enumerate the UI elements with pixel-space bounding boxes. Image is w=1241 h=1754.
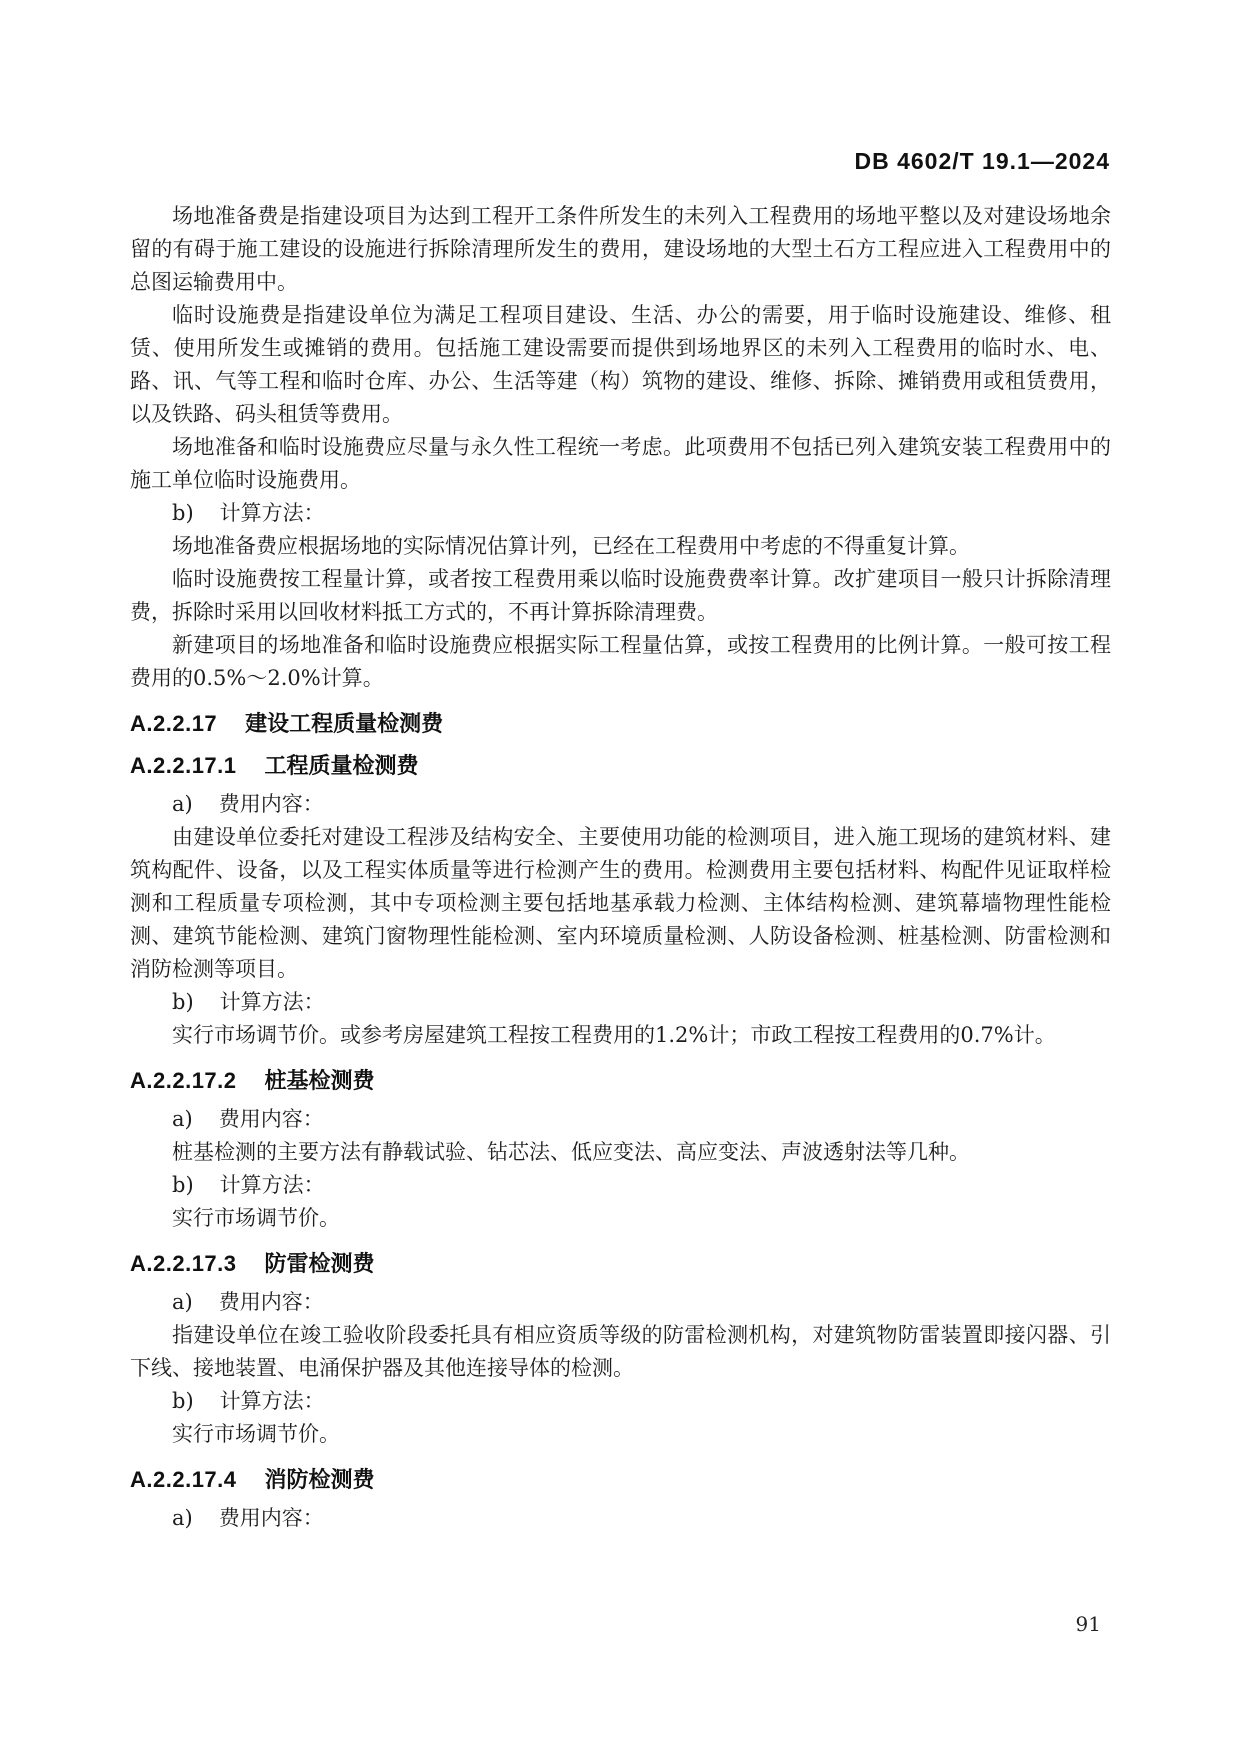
list-item-label: 计算方法：: [220, 501, 325, 525]
list-item-calc-method: b)计算方法：: [130, 1169, 1111, 1202]
list-marker: a): [172, 1286, 193, 1319]
list-item-fee-content: a)费用内容：: [130, 788, 1111, 821]
list-marker: a): [172, 1103, 193, 1136]
list-item-label: 计算方法：: [220, 1173, 325, 1197]
list-item-calc-method: b)计算方法：: [130, 986, 1111, 1019]
paragraph-site-preparation: 场地准备费是指建设项目为达到工程开工条件所发生的未列入工程费用的场地平整以及对建…: [130, 200, 1111, 299]
section-heading-a22174: A.2.2.17.4消防检测费: [130, 1467, 1111, 1493]
paragraph-quality-inspection-calc: 实行市场调节价。或参考房屋建筑工程按工程费用的1.2%计；市政工程按工程费用的0…: [130, 1019, 1111, 1052]
list-item-calc-method: b)计算方法：: [130, 1385, 1111, 1418]
section-heading-a2217: A.2.2.17建设工程质量检测费: [130, 711, 1111, 737]
section-number: A.2.2.17.3: [130, 1251, 237, 1276]
list-marker: a): [172, 1502, 193, 1535]
list-marker: b): [172, 1385, 194, 1418]
paragraph-temporary-facilities: 临时设施费是指建设单位为满足工程项目建设、生活、办公的需要，用于临时设施建设、维…: [130, 299, 1111, 431]
section-heading-a22173: A.2.2.17.3防雷检测费: [130, 1251, 1111, 1277]
section-title: 建设工程质量检测费: [245, 711, 443, 736]
section-title: 工程质量检测费: [265, 753, 419, 778]
list-item-label: 费用内容：: [219, 1506, 324, 1530]
paragraph-new-project-calc: 新建项目的场地准备和临时设施费应根据实际工程量估算，或按工程费用的比例计算。一般…: [130, 629, 1111, 695]
list-item-fee-content: a)费用内容：: [130, 1103, 1111, 1136]
list-marker: b): [172, 986, 194, 1019]
paragraph-site-prep-calc: 场地准备费应根据场地的实际情况估算计列，已经在工程费用中考虑的不得重复计算。: [130, 530, 1111, 563]
section-title: 消防检测费: [265, 1467, 375, 1492]
list-marker: b): [172, 497, 194, 530]
paragraph-temp-facility-calc: 临时设施费按工程量计算，或者按工程费用乘以临时设施费费率计算。改扩建项目一般只计…: [130, 563, 1111, 629]
list-item-fee-content: a)费用内容：: [130, 1502, 1111, 1535]
section-title: 防雷检测费: [265, 1251, 375, 1276]
paragraph-combined-consideration: 场地准备和临时设施费应尽量与永久性工程统一考虑。此项费用不包括已列入建筑安装工程…: [130, 431, 1111, 497]
list-item-label: 计算方法：: [220, 990, 325, 1014]
doc-number: DB 4602/T 19.1—2024: [854, 148, 1110, 175]
page-number: 91: [1076, 1612, 1101, 1636]
section-title: 桩基检测费: [265, 1068, 375, 1093]
paragraph-lightning-test-calc: 实行市场调节价。: [130, 1418, 1111, 1451]
section-number: A.2.2.17.4: [130, 1467, 237, 1492]
section-heading-a22171: A.2.2.17.1工程质量检测费: [130, 753, 1111, 779]
list-item-label: 费用内容：: [219, 1290, 324, 1314]
paragraph-quality-inspection-content: 由建设单位委托对建设工程涉及结构安全、主要使用功能的检测项目，进入施工现场的建筑…: [130, 821, 1111, 986]
list-item-calc-method: b)计算方法：: [130, 497, 1111, 530]
section-number: A.2.2.17: [130, 711, 217, 736]
section-number: A.2.2.17.2: [130, 1068, 237, 1093]
document-content: 场地准备费是指建设项目为达到工程开工条件所发生的未列入工程费用的场地平整以及对建…: [130, 200, 1111, 1535]
paragraph-pile-test-content: 桩基检测的主要方法有静载试验、钻芯法、低应变法、高应变法、声波透射法等几种。: [130, 1136, 1111, 1169]
document-page: DB 4602/T 19.1—2024 场地准备费是指建设项目为达到工程开工条件…: [0, 0, 1241, 1754]
list-marker: b): [172, 1169, 194, 1202]
list-item-fee-content: a)费用内容：: [130, 1286, 1111, 1319]
list-item-label: 费用内容：: [219, 1107, 324, 1131]
paragraph-pile-test-calc: 实行市场调节价。: [130, 1202, 1111, 1235]
list-item-label: 费用内容：: [219, 792, 324, 816]
section-heading-a22172: A.2.2.17.2桩基检测费: [130, 1068, 1111, 1094]
paragraph-lightning-test-content: 指建设单位在竣工验收阶段委托具有相应资质等级的防雷检测机构，对建筑物防雷装置即接…: [130, 1319, 1111, 1385]
list-marker: a): [172, 788, 193, 821]
list-item-label: 计算方法：: [220, 1389, 325, 1413]
section-number: A.2.2.17.1: [130, 753, 237, 778]
